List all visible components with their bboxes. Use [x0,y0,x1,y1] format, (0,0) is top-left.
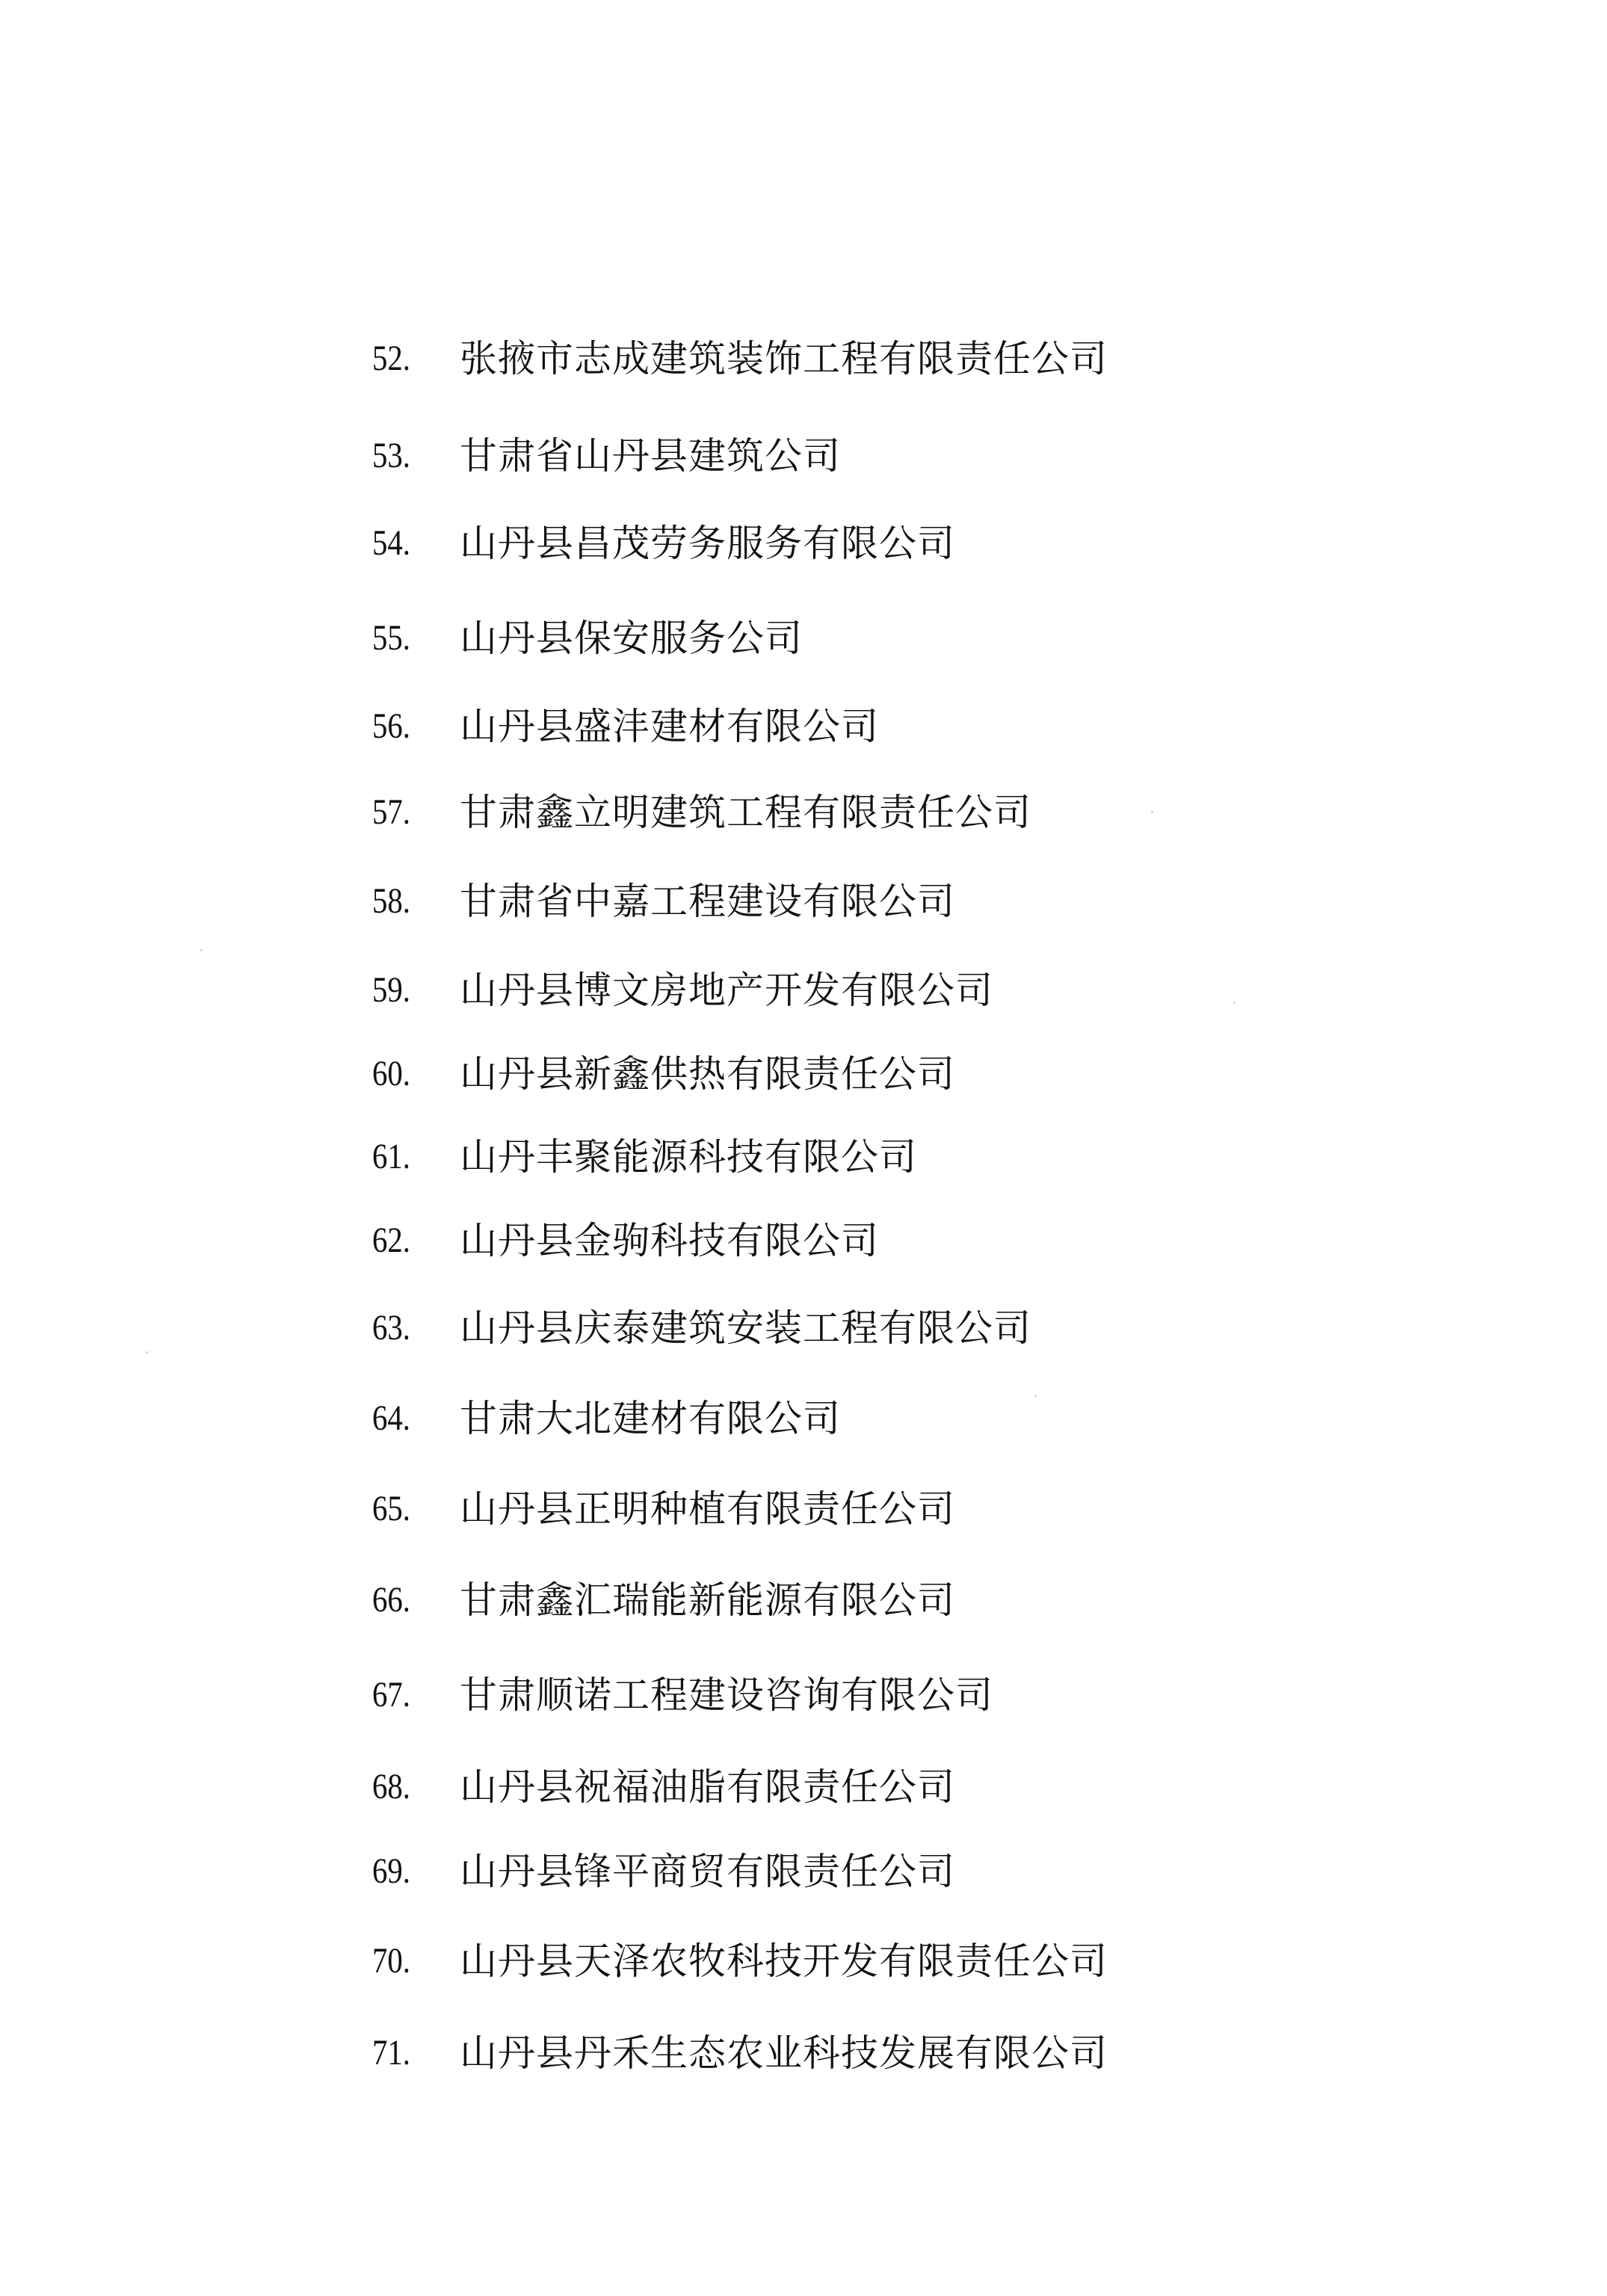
item-number: 67. [372,1669,410,1721]
company-name: 山丹县丹禾生态农业科技发展有限公司 [460,2027,1108,2079]
list-item: 70. 山丹县天泽农牧科技开发有限责任公司 [0,1935,1607,1987]
list-item: 59. 山丹县博文房地产开发有限公司 [0,964,1607,1016]
list-item: 62. 山丹县金驹科技有限公司 [0,1215,1607,1267]
item-number: 71. [372,2027,410,2079]
scan-speck [1034,1395,1037,1397]
item-number: 70. [372,1935,410,1987]
scan-speck [1151,811,1153,813]
document-page: 52. 张掖市志成建筑装饰工程有限责任公司 53. 甘肃省山丹县建筑公司 54.… [0,0,1607,2296]
item-number: 60. [372,1048,410,1100]
item-number: 52. [372,333,410,385]
item-number: 68. [372,1761,410,1813]
company-name: 山丹县新鑫供热有限责任公司 [460,1048,955,1100]
list-item: 64. 甘肃大北建材有限公司 [0,1392,1607,1445]
company-name: 甘肃顺诺工程建设咨询有限公司 [460,1669,993,1721]
list-item: 69. 山丹县锋平商贸有限责任公司 [0,1845,1607,1898]
company-name: 甘肃大北建材有限公司 [460,1392,841,1445]
company-name: 山丹县保安服务公司 [460,612,803,664]
list-item: 60. 山丹县新鑫供热有限责任公司 [0,1048,1607,1100]
item-number: 64. [372,1392,410,1445]
item-number: 58. [372,875,410,928]
company-name: 甘肃鑫立明建筑工程有限责任公司 [460,786,1031,839]
company-name: 山丹县天泽农牧科技开发有限责任公司 [460,1935,1108,1987]
company-name: 山丹县金驹科技有限公司 [460,1215,879,1267]
item-number: 57. [372,786,410,839]
item-number: 65. [372,1483,410,1535]
list-item: 61. 山丹丰聚能源科技有限公司 [0,1131,1607,1183]
scan-speck [200,949,203,951]
list-item: 57. 甘肃鑫立明建筑工程有限责任公司 [0,786,1607,839]
item-number: 59. [372,964,410,1016]
company-name: 山丹县博文房地产开发有限公司 [460,964,993,1016]
list-item: 63. 山丹县庆泰建筑安装工程有限公司 [0,1302,1607,1354]
company-name: 山丹县正明种植有限责任公司 [460,1483,955,1535]
list-item: 65. 山丹县正明种植有限责任公司 [0,1483,1607,1535]
company-name: 山丹县庆泰建筑安装工程有限公司 [460,1302,1031,1354]
list-item: 55. 山丹县保安服务公司 [0,612,1607,664]
item-number: 62. [372,1215,410,1267]
item-number: 56. [372,700,410,753]
list-item: 52. 张掖市志成建筑装饰工程有限责任公司 [0,333,1607,385]
item-number: 54. [372,517,410,570]
company-name: 张掖市志成建筑装饰工程有限责任公司 [460,333,1108,385]
scan-speck [1233,1002,1236,1004]
item-number: 63. [372,1302,410,1354]
list-item: 53. 甘肃省山丹县建筑公司 [0,430,1607,482]
list-item: 71. 山丹县丹禾生态农业科技发展有限公司 [0,2027,1607,2079]
list-item: 66. 甘肃鑫汇瑞能新能源有限公司 [0,1574,1607,1626]
list-item: 54. 山丹县昌茂劳务服务有限公司 [0,517,1607,570]
company-name: 山丹县盛沣建材有限公司 [460,700,879,753]
list-item: 58. 甘肃省中嘉工程建设有限公司 [0,875,1607,928]
item-number: 66. [372,1574,410,1626]
company-name: 山丹县昌茂劳务服务有限公司 [460,517,955,570]
scan-speck [146,1351,148,1354]
list-item: 67. 甘肃顺诺工程建设咨询有限公司 [0,1669,1607,1721]
item-number: 69. [372,1845,410,1898]
company-list: 52. 张掖市志成建筑装饰工程有限责任公司 53. 甘肃省山丹县建筑公司 54.… [0,0,1607,2296]
list-item: 68. 山丹县祝福油脂有限责任公司 [0,1761,1607,1813]
company-name: 甘肃鑫汇瑞能新能源有限公司 [460,1574,955,1626]
company-name: 甘肃省山丹县建筑公司 [460,430,841,482]
list-item: 56. 山丹县盛沣建材有限公司 [0,700,1607,753]
item-number: 61. [372,1131,410,1183]
company-name: 山丹县锋平商贸有限责任公司 [460,1845,955,1898]
company-name: 山丹丰聚能源科技有限公司 [460,1131,917,1183]
company-name: 甘肃省中嘉工程建设有限公司 [460,875,955,928]
company-name: 山丹县祝福油脂有限责任公司 [460,1761,955,1813]
item-number: 55. [372,612,410,664]
item-number: 53. [372,430,410,482]
